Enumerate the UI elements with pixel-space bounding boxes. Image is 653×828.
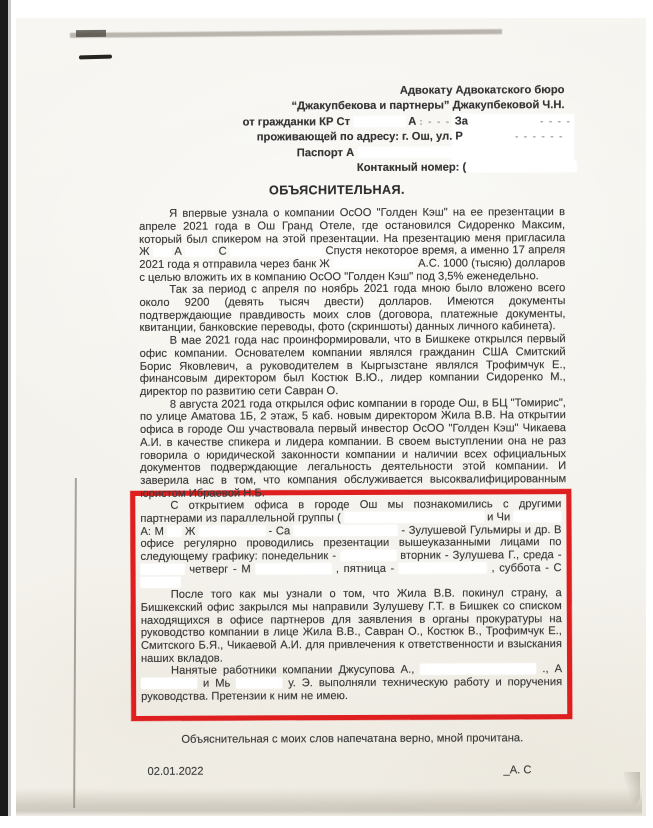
document-text-column: Адвокату Адвокатского бюро “Джакупбекова… bbox=[138, 83, 567, 779]
paragraph: Так за период с апреля по ноябрь 2021 го… bbox=[139, 282, 565, 335]
scanner-edge-shadow bbox=[8, 0, 11, 828]
document-title: ОБЪЯСНИТЕЛЬНАЯ. bbox=[139, 184, 535, 198]
paragraph: После того как мы узнали о том, что Жила… bbox=[141, 587, 562, 665]
redaction-box bbox=[513, 511, 561, 522]
paragraph: В мае 2021 года нас проинформировали, чт… bbox=[140, 333, 566, 398]
redaction-box bbox=[167, 525, 181, 536]
paragraph: Я впервые узнала о компании ОсОО "Голден… bbox=[139, 206, 565, 284]
redaction-box bbox=[357, 146, 477, 158]
redaction-box bbox=[344, 511, 484, 523]
redaction-box bbox=[466, 131, 512, 142]
signature: _А. С bbox=[503, 764, 531, 777]
redaction-box bbox=[255, 563, 331, 574]
redaction-box bbox=[353, 116, 405, 127]
redaction-box bbox=[333, 258, 415, 269]
redaction-box bbox=[340, 550, 396, 561]
faded-text-remnant: - - - - - - bbox=[515, 131, 564, 142]
header-line: от гражданки КР Ст А : - - - За - - - - bbox=[243, 114, 565, 131]
document-date: 02.01.2022 bbox=[147, 766, 203, 779]
redaction-box bbox=[469, 161, 577, 172]
addressee-block: Адвокату Адвокатского бюро “Джакупбекова… bbox=[138, 83, 564, 177]
redaction-box bbox=[236, 677, 282, 688]
redaction-box bbox=[141, 576, 181, 587]
scan-artifact-mark bbox=[76, 30, 106, 37]
closing-statement: Объяснительная с моих слов напечатана ве… bbox=[181, 732, 567, 746]
redaction-box bbox=[420, 664, 536, 676]
faded-text-remnant: - - - - bbox=[540, 116, 571, 127]
header-line: Паспорт А bbox=[297, 145, 565, 162]
paragraph: Нанятые работники компании Джусупова А.,… bbox=[141, 664, 562, 704]
paragraph: 8 августа 2021 года открылся офис компан… bbox=[140, 397, 566, 500]
redaction-box bbox=[294, 525, 398, 536]
redaction-box bbox=[230, 245, 322, 256]
header-line: “Джакупбекова и партнеры” Джакупбековой … bbox=[139, 98, 565, 115]
redaction-box bbox=[141, 678, 197, 689]
redaction-box bbox=[141, 564, 185, 575]
redaction-box bbox=[153, 246, 171, 257]
paragraph: С открытием офиса в городе Ош мы познако… bbox=[140, 498, 561, 589]
scan-background bbox=[0, 816, 653, 828]
paper-bottom-edge-shadow bbox=[16, 788, 642, 816]
scanned-document-page: Адвокату Адвокатского бюро “Джакупбекова… bbox=[0, 0, 653, 828]
red-annotation-box: С открытием офиса в городе Ош мы познако… bbox=[130, 489, 572, 720]
redaction-box bbox=[185, 246, 215, 257]
scanner-edge-strip bbox=[0, 0, 8, 828]
header-line: Контакный номер: ( bbox=[357, 160, 565, 176]
faded-text-remnant: : - - - bbox=[419, 116, 454, 127]
redaction-box bbox=[399, 562, 487, 573]
redaction-box bbox=[471, 115, 537, 126]
paper-corner-curl bbox=[624, 772, 640, 806]
redaction-box bbox=[199, 525, 265, 536]
footer-row: 02.01.2022 _А. С bbox=[141, 764, 567, 779]
header-line: проживающей по адресу: г. Ош, ул. Р - - … bbox=[257, 129, 565, 146]
header-line: Адвокату Адвокатского бюро bbox=[138, 83, 564, 100]
